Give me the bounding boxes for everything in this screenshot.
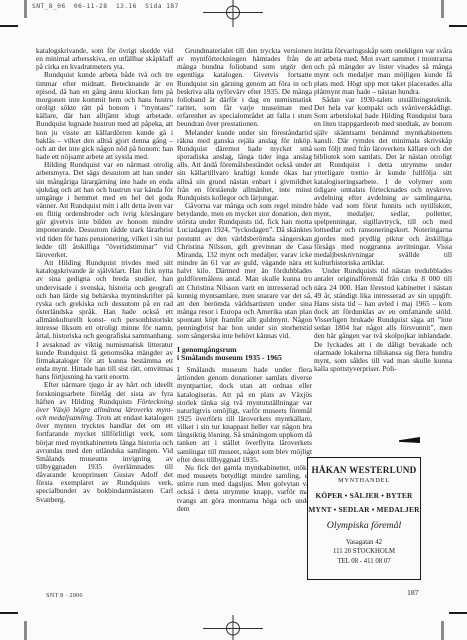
registration-crosshair-icon <box>203 615 263 640</box>
ad-address-street: Vasagatan 42 <box>308 539 420 546</box>
paragraph: inrätta förvaringsskåp som onekligen var… <box>314 47 452 96</box>
end-of-article-marker <box>399 437 420 443</box>
ad-items-line: MYNT • SEDLAR • MEDALJER <box>308 505 420 514</box>
paragraph: Sådan var 1930-talets utställningsteknik… <box>314 96 452 267</box>
ad-company-name: HÅKAN WESTERLUND <box>308 465 420 475</box>
paragraph: katalogskrivande, som för övrigt skedde … <box>36 47 173 71</box>
print-slug-line: SNT_8_06 06-11-28 13.16 Sida 187 <box>32 3 179 10</box>
ad-address-city: 111 20 STOCKHOLM <box>308 548 420 555</box>
crop-mark-top-left <box>0 25 18 27</box>
ad-services-line: KÖPER • SÄLJER • BYTER <box>308 491 420 500</box>
paragraph: Under Rundquists tid nästan tredubblades… <box>314 267 452 373</box>
paragraph: Melander kunde under sin föreståndartid … <box>177 129 312 202</box>
page-number: 187 <box>407 588 419 597</box>
crop-mark-top-right <box>449 25 467 27</box>
crop-mark-bottom-left <box>0 612 18 614</box>
ad-company-type: MYNTHANDEL <box>308 477 420 484</box>
paragraph: Att Hilding Rundquist trivdes med sitt k… <box>36 259 173 381</box>
crop-mark-bottom-right <box>449 612 467 614</box>
paragraph: Grundmaterialet till den tryckta version… <box>177 47 312 129</box>
registration-crosshair-icon <box>203 0 263 27</box>
registration-bar-bottom-left <box>24 621 27 640</box>
scanned-journal-page: SNT_8_06 06-11-28 13.16 Sida 187 katalog… <box>0 0 467 640</box>
ad-phone: TEL 08 - 411 08 07 <box>308 558 420 565</box>
text-column-1: katalogskrivande, som för övrigt skedde … <box>36 47 173 585</box>
paragraph: I Smålands museum hade under flera årtio… <box>177 366 312 464</box>
slug-registration-bar-right <box>441 0 444 18</box>
section-heading: I genomgångsrumi Smålands museum 1935 - … <box>177 346 312 363</box>
paragraph: Rundquist kunde arbeta både två och tre … <box>36 71 173 161</box>
paragraph: Nu fick det gamla myntkabinettet, utökat… <box>177 464 312 513</box>
ad-specialty: Olympiska föremål <box>308 520 420 531</box>
paragraph: Efter närmare tjugo år av hårt och ideel… <box>36 381 173 503</box>
journal-issue-label: SNT 8 · 2006 <box>46 592 83 599</box>
paragraph: Hilding Rundquist var en närmast otrolig… <box>36 161 173 259</box>
registration-bar-bottom-right <box>441 621 444 640</box>
text-column-2: Grundmaterialet till den tryckta version… <box>177 47 312 585</box>
paragraph: Gåvorna var många och som regel mindre b… <box>177 202 312 341</box>
slug-registration-bar-left <box>24 0 27 18</box>
text-column-3: inrätta förvaringsskåp som onekligen var… <box>314 47 452 437</box>
advertisement-box: HÅKAN WESTERLUND MYNTHANDEL KÖPER • SÄLJ… <box>307 457 421 580</box>
